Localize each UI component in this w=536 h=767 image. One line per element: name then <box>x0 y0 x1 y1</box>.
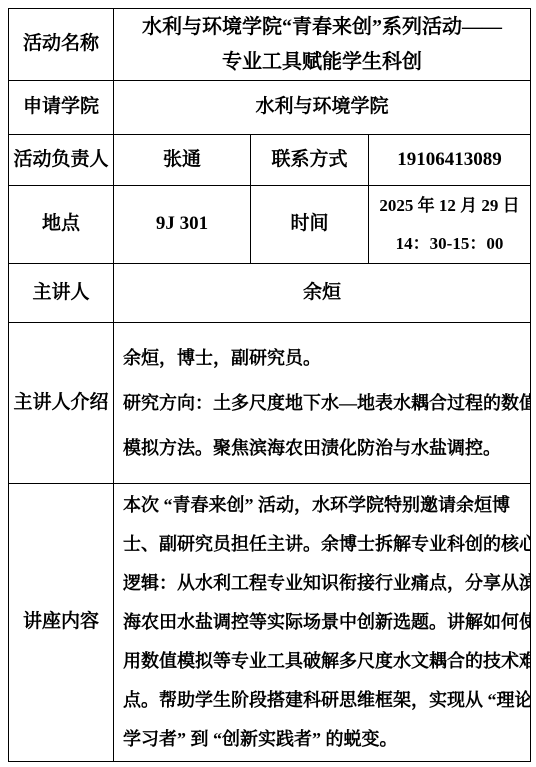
speaker-intro-label: 主讲人介绍 <box>9 323 114 484</box>
row-leader: 活动负责人 张通 联系方式 19106413089 <box>9 135 531 186</box>
applying-college-label: 申请学院 <box>9 81 114 135</box>
lecture-content-label: 讲座内容 <box>9 484 114 762</box>
applying-college-value: 水利与环境学院 <box>114 81 531 135</box>
location-label: 地点 <box>9 186 114 264</box>
time-label: 时间 <box>251 186 369 264</box>
lecture-content-value: 本次 “青春来创” 活动，水环学院特别邀请余烜博士、副研究员担任主讲。余博士拆解… <box>114 484 531 762</box>
activity-name-label: 活动名称 <box>9 9 114 81</box>
document-page: 活动名称 水利与环境学院“青春来创”系列活动——专业工具赋能学生科创 申请学院 … <box>0 0 536 767</box>
row-speaker: 主讲人 余烜 <box>9 264 531 323</box>
row-lecture-content: 讲座内容 本次 “青春来创” 活动，水环学院特别邀请余烜博士、副研究员担任主讲。… <box>9 484 531 762</box>
row-speaker-intro: 主讲人介绍 余烜，博士，副研究员。研究方向：土多尺度地下水—地表水耦合过程的数值… <box>9 323 531 484</box>
activity-name-value: 水利与环境学院“青春来创”系列活动——专业工具赋能学生科创 <box>114 9 531 81</box>
speaker-value: 余烜 <box>114 264 531 323</box>
row-location-time: 地点 9J 301 时间 2025 年 12 月 29 日14：30-15：00 <box>9 186 531 264</box>
row-applying-college: 申请学院 水利与环境学院 <box>9 81 531 135</box>
leader-value: 张通 <box>114 135 251 186</box>
contact-value: 19106413089 <box>369 135 531 186</box>
speaker-intro-value: 余烜，博士，副研究员。研究方向：土多尺度地下水—地表水耦合过程的数值模拟方法。聚… <box>114 323 531 484</box>
contact-label: 联系方式 <box>251 135 369 186</box>
location-value: 9J 301 <box>114 186 251 264</box>
speaker-label: 主讲人 <box>9 264 114 323</box>
time-value: 2025 年 12 月 29 日14：30-15：00 <box>369 186 531 264</box>
leader-label: 活动负责人 <box>9 135 114 186</box>
activity-form-table: 活动名称 水利与环境学院“青春来创”系列活动——专业工具赋能学生科创 申请学院 … <box>8 8 531 762</box>
row-activity-name: 活动名称 水利与环境学院“青春来创”系列活动——专业工具赋能学生科创 <box>9 9 531 81</box>
